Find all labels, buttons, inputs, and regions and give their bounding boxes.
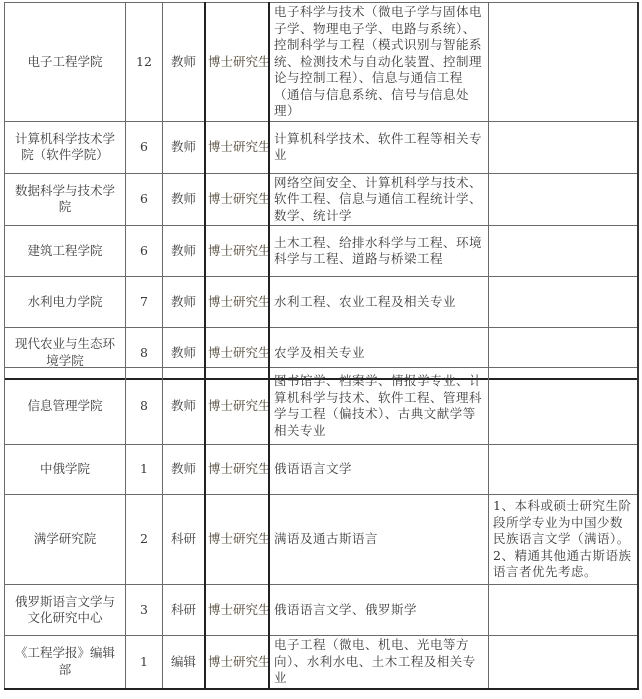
majors-cell: 电子科学与技术（微电子学与固体电子学、物理电子学、电路与系统）、控制科学与工程（… [269,3,489,122]
department-cell: 数据科学与技术学院 [5,173,126,226]
recruitment-table-part2: 信息管理学院8教师博士研究生图书馆学、档案学、情报学专业、计算机科学与技术、软件… [4,367,639,690]
majors-cell: 俄语语言文学、俄罗斯学 [269,585,489,636]
education-cell: 博士研究生 [205,121,269,173]
count-cell: 2 [126,495,163,585]
position-type-cell: 教师 [163,368,206,445]
education-cell: 博士研究生 [205,173,269,226]
education-cell: 博士研究生 [205,277,269,328]
table-row: 数据科学与技术学院6教师博士研究生网络空间安全、计算机科学与技术、软件工程、信息… [5,173,639,226]
count-cell: 6 [126,173,163,226]
notes-cell [489,121,639,173]
table-row: 电子工程学院12教师博士研究生电子科学与技术（微电子学与固体电子学、物理电子学、… [5,3,639,122]
count-cell: 3 [126,585,163,636]
department-cell: 《工程学报》编辑部 [5,636,126,689]
notes-cell [489,3,639,122]
education-cell: 博士研究生 [205,445,269,495]
majors-cell: 水利工程、农业工程及相关专业 [269,277,489,328]
table-row: 建筑工程学院6教师博士研究生土木工程、给排水科学与工程、环境科学与工程、道路与桥… [5,226,639,277]
majors-cell: 电子工程（微电、机电、光电等方向）、水利水电、土木工程及相关专业 [269,636,489,689]
count-cell: 7 [126,277,163,328]
position-type-cell: 教师 [163,445,206,495]
majors-cell: 网络空间安全、计算机科学与技术、软件工程、信息与通信工程统计学、数学、统计学 [269,173,489,226]
department-cell: 满学研究院 [5,495,126,585]
department-cell: 中俄学院 [5,445,126,495]
count-cell: 1 [126,636,163,689]
department-cell: 建筑工程学院 [5,226,126,277]
notes-cell [489,226,639,277]
table-row: 满学研究院2科研博士研究生满语及通古斯语言1、本科或硕士研究生阶段所学专业为中国… [5,495,639,585]
notes-cell [489,173,639,226]
notes-cell [489,585,639,636]
majors-cell: 计算机科学技术、软件工程等相关专业 [269,121,489,173]
position-type-cell: 教师 [163,121,206,173]
education-cell: 博士研究生 [205,495,269,585]
notes-cell: 1、本科或硕士研究生阶段所学专业为中国少数民族语言文学（满语）。2、精通其他通古… [489,495,639,585]
table-row: 《工程学报》编辑部1编辑博士研究生电子工程（微电、机电、光电等方向）、水利水电、… [5,636,639,689]
position-type-cell: 教师 [163,3,206,122]
position-type-cell: 科研 [163,495,206,585]
majors-cell: 图书馆学、档案学、情报学专业、计算机科学与技术、软件工程、管理科学与工程（偏技术… [269,368,489,445]
count-cell: 6 [126,226,163,277]
majors-cell: 俄语语言文学 [269,445,489,495]
position-type-cell: 教师 [163,277,206,328]
department-cell: 计算机科学技术学院（软件学院） [5,121,126,173]
majors-cell: 满语及通古斯语言 [269,495,489,585]
count-cell: 12 [126,3,163,122]
education-cell: 博士研究生 [205,226,269,277]
table-row: 俄罗斯语言文学与文化研究中心3科研博士研究生俄语语言文学、俄罗斯学 [5,585,639,636]
position-type-cell: 教师 [163,173,206,226]
recruitment-table-part1: 电子工程学院12教师博士研究生电子科学与技术（微电子学与固体电子学、物理电子学、… [4,2,639,380]
count-cell: 1 [126,445,163,495]
education-cell: 博士研究生 [205,585,269,636]
notes-cell [489,636,639,689]
table-row: 计算机科学技术学院（软件学院）6教师博士研究生计算机科学技术、软件工程等相关专业 [5,121,639,173]
department-cell: 水利电力学院 [5,277,126,328]
count-cell: 6 [126,121,163,173]
education-cell: 博士研究生 [205,636,269,689]
notes-cell [489,368,639,445]
table-row: 信息管理学院8教师博士研究生图书馆学、档案学、情报学专业、计算机科学与技术、软件… [5,368,639,445]
department-cell: 电子工程学院 [5,3,126,122]
table-row: 中俄学院1教师博士研究生俄语语言文学 [5,445,639,495]
table-row: 水利电力学院7教师博士研究生水利工程、农业工程及相关专业 [5,277,639,328]
education-cell: 博士研究生 [205,3,269,122]
education-cell: 博士研究生 [205,368,269,445]
position-type-cell: 编辑 [163,636,206,689]
position-type-cell: 教师 [163,226,206,277]
department-cell: 信息管理学院 [5,368,126,445]
position-type-cell: 科研 [163,585,206,636]
notes-cell [489,277,639,328]
notes-cell [489,445,639,495]
majors-cell: 土木工程、给排水科学与工程、环境科学与工程、道路与桥梁工程 [269,226,489,277]
count-cell: 8 [126,368,163,445]
department-cell: 俄罗斯语言文学与文化研究中心 [5,585,126,636]
